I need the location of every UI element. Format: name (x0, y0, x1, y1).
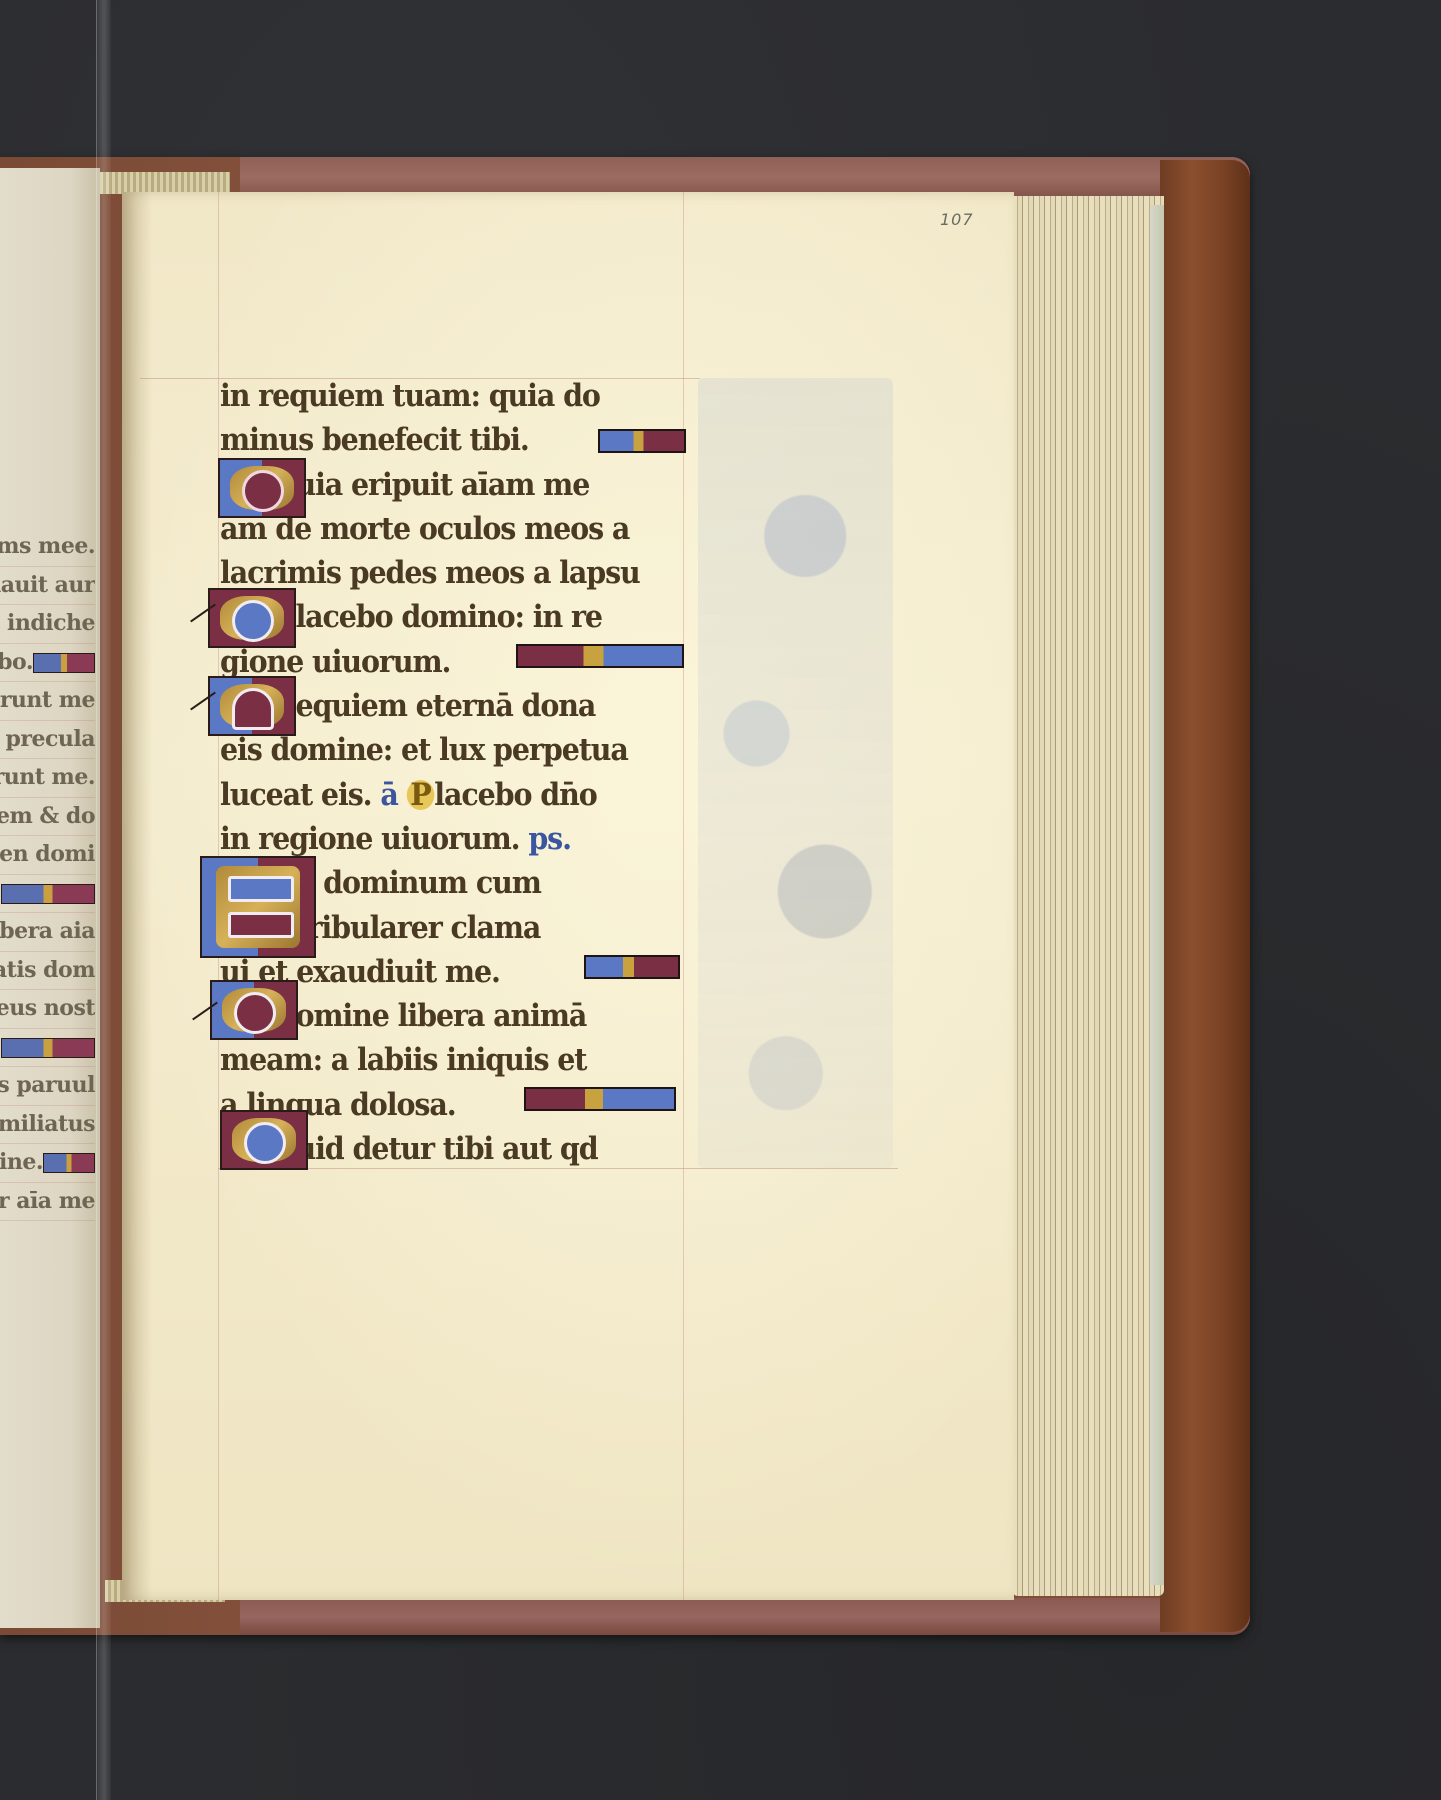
gutter-shadow (122, 192, 152, 1600)
verso-line (0, 875, 95, 914)
verso-line: deus nost (0, 990, 95, 1029)
verso-line: omen domi (0, 836, 95, 875)
page-stack-fore-edge (1012, 196, 1164, 1596)
page-stack-edge (1150, 205, 1164, 1585)
line-filler (1, 1038, 95, 1058)
rubric-antiphon: ā (380, 777, 397, 813)
gold-initial-p: P (407, 780, 435, 810)
cover-top-edge (240, 157, 1250, 197)
initial-q (218, 458, 306, 518)
text-line: luceat eis. ā Placebo dn̄o (220, 773, 654, 817)
verso-line: ine. (0, 1144, 95, 1183)
line-filler (584, 955, 680, 979)
line-filler (43, 1153, 95, 1173)
text-line: in regione uiuorum. ps. (220, 817, 654, 861)
line-filler (524, 1087, 676, 1111)
border-decoration-showthrough (698, 378, 893, 1168)
verso-line: derunt me (0, 682, 95, 721)
verso-line: lmauit aur (0, 567, 95, 606)
line-filler (516, 644, 684, 668)
verso-line: umiliatus (0, 1106, 95, 1145)
initial-d (210, 980, 298, 1040)
verso-line: : et indiche (0, 605, 95, 644)
verso-line: e libera aia (0, 913, 95, 952)
cover-bottom-edge (240, 1598, 1250, 1635)
verso-line (0, 1029, 95, 1068)
page-holder-strip (96, 0, 111, 1800)
verso-line: etter aīa me (0, 1183, 95, 1222)
cover-right-edge (1160, 160, 1250, 1632)
verso-page: ms mee. lmauit aur : et indiche bo. deru… (0, 168, 100, 1628)
verso-line: eccatis dom (0, 952, 95, 991)
text-line: minus benefecit tibi. (220, 418, 654, 462)
verso-line: ens paruul (0, 1067, 95, 1106)
text-line: in requiem tuam: quia do (220, 374, 654, 418)
verso-line: ionem & do (0, 798, 95, 837)
verso-text: ms mee. lmauit aur : et indiche bo. deru… (0, 528, 95, 1221)
initial-a (200, 856, 316, 958)
initial-p (208, 588, 296, 648)
verso-line: bo. (0, 644, 95, 683)
verso-line: ms mee. (0, 528, 95, 567)
verso-line: s: et precula (0, 721, 95, 760)
rubric-psalm: ps. (528, 821, 571, 857)
folio-number: 107 (940, 210, 974, 229)
initial-q2 (220, 1110, 308, 1170)
line-filler (598, 429, 686, 453)
line-filler (33, 653, 95, 673)
line-filler (1, 884, 95, 904)
verso-line: erunt me. (0, 759, 95, 798)
initial-r (208, 676, 296, 736)
text-line: meam: a labiis iniquis et (220, 1038, 654, 1082)
